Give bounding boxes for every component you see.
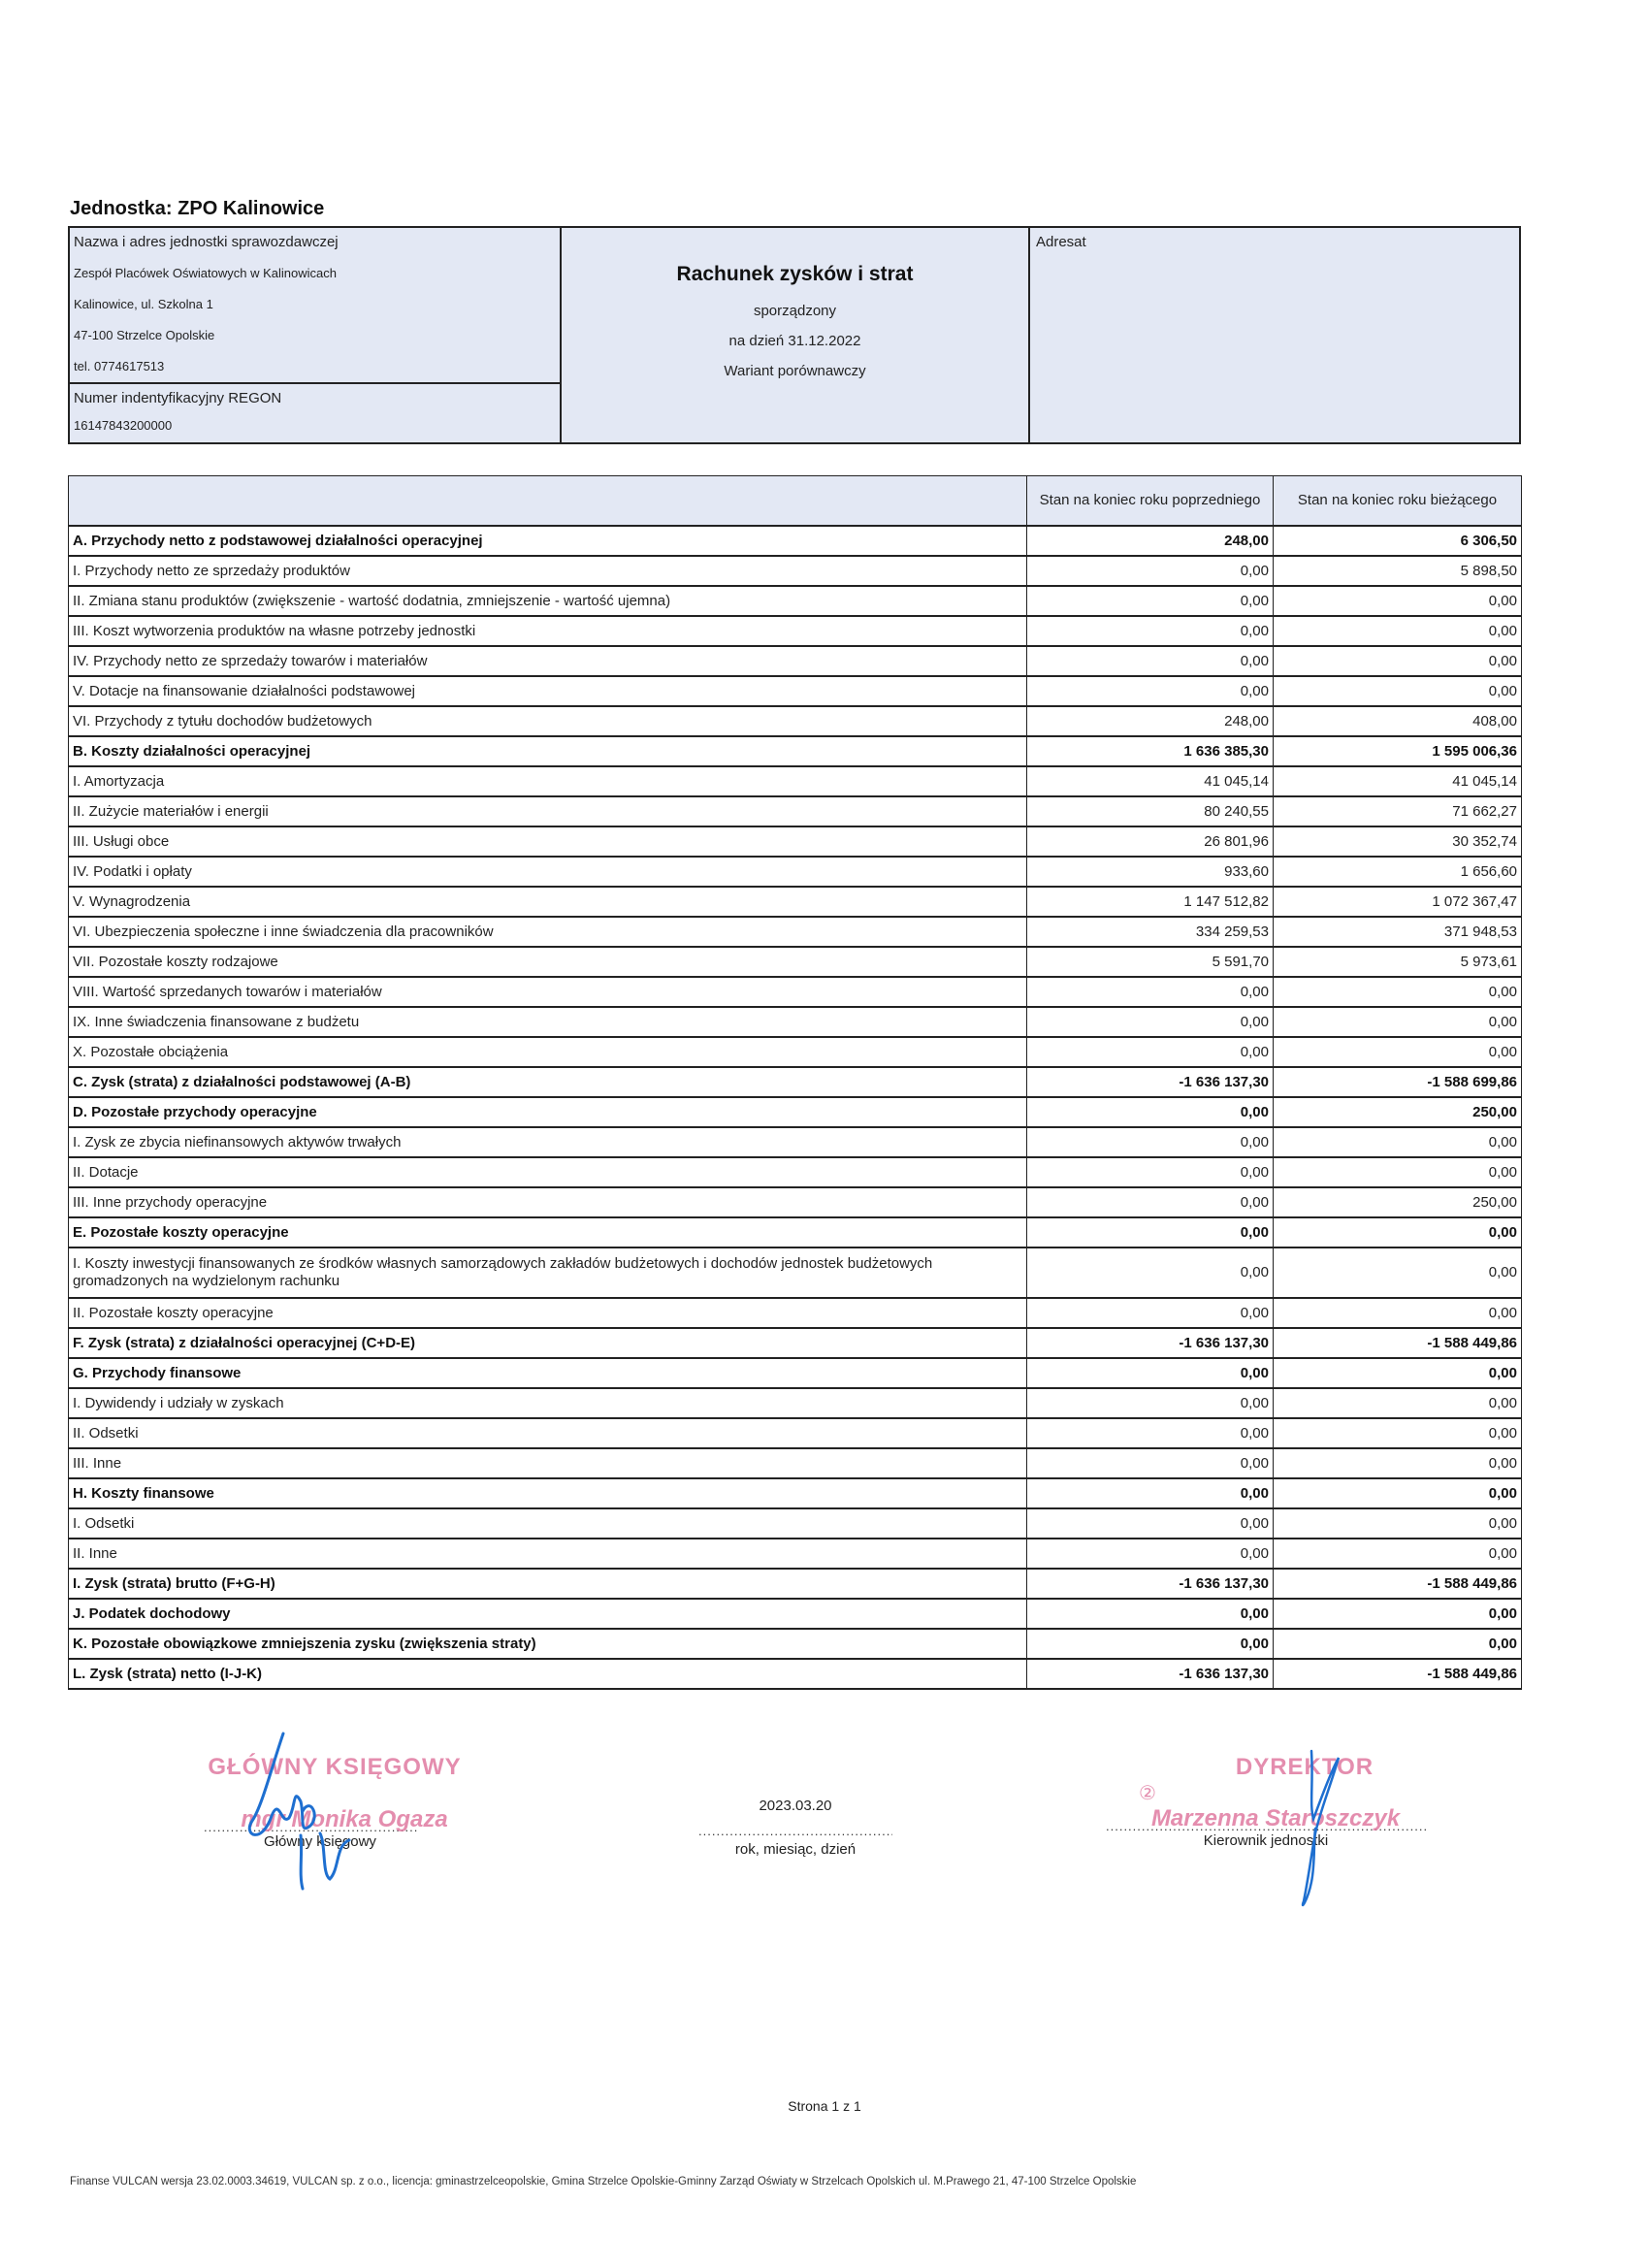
row-label: III. Koszt wytworzenia produktów na włas…	[69, 616, 1027, 646]
addressee-label: Adresat	[1036, 234, 1086, 250]
report-subtitle: sporządzony	[562, 296, 1028, 326]
prev-year-value: 0,00	[1027, 1157, 1274, 1187]
prev-year-column-header: Stan na koniec roku poprzedniego	[1027, 476, 1274, 527]
curr-year-value: 5 898,50	[1274, 556, 1522, 586]
entity-name-address: Nazwa i adres jednostki sprawozdawczej Z…	[70, 228, 560, 384]
curr-year-value: 0,00	[1274, 1247, 1522, 1298]
row-label: V. Dotacje na finansowanie działalności …	[69, 676, 1027, 706]
row-label: D. Pozostałe przychody operacyjne	[69, 1097, 1027, 1127]
director-signature-block: DYREKTOR ② Marzenna Staroszczyk ........…	[1106, 1754, 1436, 1849]
row-label: X. Pozostałe obciążenia	[69, 1037, 1027, 1067]
table-row: E. Pozostałe koszty operacyjne0,000,00	[69, 1217, 1522, 1247]
report-title-block: Rachunek zysków i strat sporządzony na d…	[562, 228, 1030, 442]
table-row: I. Zysk ze zbycia niefinansowych aktywów…	[69, 1127, 1522, 1157]
prev-year-value: 248,00	[1027, 706, 1274, 736]
prev-year-value: 80 240,55	[1027, 796, 1274, 826]
row-label: F. Zysk (strata) z działalności operacyj…	[69, 1328, 1027, 1358]
prev-year-value: 0,00	[1027, 1418, 1274, 1448]
row-label: III. Inne	[69, 1448, 1027, 1478]
prev-year-value: 0,00	[1027, 1539, 1274, 1569]
curr-year-value: 0,00	[1274, 1448, 1522, 1478]
curr-year-value: -1 588 449,86	[1274, 1328, 1522, 1358]
prev-year-value: 0,00	[1027, 1478, 1274, 1508]
row-label: VI. Przychody z tytułu dochodów budżetow…	[69, 706, 1027, 736]
prev-year-value: 5 591,70	[1027, 947, 1274, 977]
prev-year-value: 248,00	[1027, 526, 1274, 556]
prev-year-value: 0,00	[1027, 1629, 1274, 1659]
prev-year-value: 1 147 512,82	[1027, 887, 1274, 917]
prev-year-value: 0,00	[1027, 1127, 1274, 1157]
curr-year-value: 371 948,53	[1274, 917, 1522, 947]
prev-year-value: 0,00	[1027, 1097, 1274, 1127]
entity-city: 47-100 Strzelce Opolskie	[74, 320, 556, 351]
row-label: J. Podatek dochodowy	[69, 1599, 1027, 1629]
curr-year-value: 0,00	[1274, 1358, 1522, 1388]
table-row: X. Pozostałe obciążenia0,000,00	[69, 1037, 1522, 1067]
row-label: IV. Podatki i opłaty	[69, 857, 1027, 887]
prev-year-value: 0,00	[1027, 676, 1274, 706]
curr-year-value: 0,00	[1274, 616, 1522, 646]
row-label: B. Koszty działalności operacyjnej	[69, 736, 1027, 766]
row-label: IX. Inne świadczenia finansowane z budże…	[69, 1007, 1027, 1037]
table-row: IX. Inne świadczenia finansowane z budże…	[69, 1007, 1522, 1037]
table-row: II. Dotacje0,000,00	[69, 1157, 1522, 1187]
table-row: II. Pozostałe koszty operacyjne0,000,00	[69, 1298, 1522, 1328]
table-row: I. Odsetki0,000,00	[69, 1508, 1522, 1539]
report-header: Nazwa i adres jednostki sprawozdawczej Z…	[68, 226, 1521, 444]
director-signature-scribble	[1290, 1746, 1348, 1911]
curr-year-value: 250,00	[1274, 1187, 1522, 1217]
table-row: K. Pozostałe obowiązkowe zmniejszenia zy…	[69, 1629, 1522, 1659]
curr-year-value: 250,00	[1274, 1097, 1522, 1127]
prev-year-value: 0,00	[1027, 586, 1274, 616]
table-row: G. Przychody finansowe0,000,00	[69, 1358, 1522, 1388]
prev-year-value: 0,00	[1027, 1007, 1274, 1037]
table-row: IV. Przychody netto ze sprzedaży towarów…	[69, 646, 1522, 676]
curr-year-value: 0,00	[1274, 1388, 1522, 1418]
description-column-header	[69, 476, 1027, 527]
prev-year-value: 0,00	[1027, 1599, 1274, 1629]
row-label: E. Pozostałe koszty operacyjne	[69, 1217, 1027, 1247]
curr-year-value: 408,00	[1274, 706, 1522, 736]
prev-year-value: 26 801,96	[1027, 826, 1274, 857]
prev-year-value: 0,00	[1027, 1388, 1274, 1418]
addressee-section: Adresat	[1030, 228, 1519, 442]
profit-loss-table: Stan na koniec roku poprzedniego Stan na…	[68, 475, 1522, 1690]
curr-year-value: 5 973,61	[1274, 947, 1522, 977]
curr-year-value: 0,00	[1274, 1599, 1522, 1629]
curr-year-value: 71 662,27	[1274, 796, 1522, 826]
row-label: VIII. Wartość sprzedanych towarów i mate…	[69, 977, 1027, 1007]
entity-name-label: Nazwa i adres jednostki sprawozdawczej	[74, 232, 556, 258]
row-label: V. Wynagrodzenia	[69, 887, 1027, 917]
prev-year-value: 0,00	[1027, 1217, 1274, 1247]
curr-year-value: -1 588 449,86	[1274, 1659, 1522, 1689]
table-row: J. Podatek dochodowy0,000,00	[69, 1599, 1522, 1629]
regon-label: Numer indentyfikacyjny REGON	[74, 388, 556, 414]
row-label: II. Dotacje	[69, 1157, 1027, 1187]
table-row: I. Dywidendy i udziały w zyskach0,000,00	[69, 1388, 1522, 1418]
prev-year-value: 0,00	[1027, 1247, 1274, 1298]
table-row: I. Przychody netto ze sprzedaży produktó…	[69, 556, 1522, 586]
curr-year-value: 30 352,74	[1274, 826, 1522, 857]
report-date: na dzień 31.12.2022	[562, 326, 1028, 356]
row-label: I. Przychody netto ze sprzedaży produktó…	[69, 556, 1027, 586]
row-label: II. Zużycie materiałów i energii	[69, 796, 1027, 826]
curr-year-value: 0,00	[1274, 586, 1522, 616]
row-label: I. Koszty inwestycji finansowanych ze śr…	[69, 1247, 1027, 1298]
row-label: II. Odsetki	[69, 1418, 1027, 1448]
row-label: I. Amortyzacja	[69, 766, 1027, 796]
prev-year-value: 0,00	[1027, 616, 1274, 646]
table-row: II. Zużycie materiałów i energii80 240,5…	[69, 796, 1522, 826]
table-row: B. Koszty działalności operacyjnej1 636 …	[69, 736, 1522, 766]
table-row: III. Koszt wytworzenia produktów na włas…	[69, 616, 1522, 646]
row-label: II. Inne	[69, 1539, 1027, 1569]
prev-year-value: 0,00	[1027, 1358, 1274, 1388]
entity-street: Kalinowice, ul. Szkolna 1	[74, 289, 556, 320]
curr-year-value: 0,00	[1274, 1157, 1522, 1187]
director-stamp-name: Marzenna Staroszczyk	[1115, 1805, 1436, 1832]
row-label: III. Usługi obce	[69, 826, 1027, 857]
curr-year-value: 0,00	[1274, 1037, 1522, 1067]
curr-year-value: 1 656,60	[1274, 857, 1522, 887]
table-row: VII. Pozostałe koszty rodzajowe5 591,705…	[69, 947, 1522, 977]
table-row: A. Przychody netto z podstawowej działal…	[69, 526, 1522, 556]
row-label: K. Pozostałe obowiązkowe zmniejszenia zy…	[69, 1629, 1027, 1659]
prev-year-value: -1 636 137,30	[1027, 1328, 1274, 1358]
curr-year-value: 0,00	[1274, 1298, 1522, 1328]
table-row: III. Inne0,000,00	[69, 1448, 1522, 1478]
curr-year-value: 0,00	[1274, 1629, 1522, 1659]
table-row: F. Zysk (strata) z działalności operacyj…	[69, 1328, 1522, 1358]
table-row: VIII. Wartość sprzedanych towarów i mate…	[69, 977, 1522, 1007]
row-label: I. Odsetki	[69, 1508, 1027, 1539]
date-line: ........................................…	[698, 1826, 892, 1837]
table-row: III. Inne przychody operacyjne0,00250,00	[69, 1187, 1522, 1217]
curr-year-value: -1 588 699,86	[1274, 1067, 1522, 1097]
prev-year-value: 0,00	[1027, 1037, 1274, 1067]
row-label: C. Zysk (strata) z działalności podstawo…	[69, 1067, 1027, 1097]
accountant-signature-scribble	[242, 1729, 359, 1894]
regon-section: Numer indentyfikacyjny REGON 16147843200…	[70, 384, 560, 442]
curr-year-value: 1 595 006,36	[1274, 736, 1522, 766]
table-row: D. Pozostałe przychody operacyjne0,00250…	[69, 1097, 1522, 1127]
curr-year-value: 0,00	[1274, 1539, 1522, 1569]
director-stamp-mark: ②	[1139, 1781, 1436, 1805]
prev-year-value: 0,00	[1027, 1187, 1274, 1217]
row-label: III. Inne przychody operacyjne	[69, 1187, 1027, 1217]
table-row: V. Dotacje na finansowanie działalności …	[69, 676, 1522, 706]
table-row: VI. Ubezpieczenia społeczne i inne świad…	[69, 917, 1522, 947]
curr-year-value: 0,00	[1274, 1127, 1522, 1157]
curr-year-value: -1 588 449,86	[1274, 1569, 1522, 1599]
prev-year-value: -1 636 137,30	[1027, 1569, 1274, 1599]
page-number: Strona 1 z 1	[0, 2098, 1649, 2114]
table-row: IV. Podatki i opłaty933,601 656,60	[69, 857, 1522, 887]
date-caption: rok, miesiąc, dzień	[698, 1841, 892, 1858]
table-row: I. Amortyzacja41 045,1441 045,14	[69, 766, 1522, 796]
row-label: A. Przychody netto z podstawowej działal…	[69, 526, 1027, 556]
date-block: 2023.03.20 .............................…	[698, 1798, 892, 1858]
row-label: II. Pozostałe koszty operacyjne	[69, 1298, 1027, 1328]
prev-year-value: 0,00	[1027, 1508, 1274, 1539]
director-caption: Kierownik jednostki	[1096, 1832, 1436, 1849]
curr-year-value: 0,00	[1274, 1418, 1522, 1448]
row-label: I. Zysk ze zbycia niefinansowych aktywów…	[69, 1127, 1027, 1157]
prev-year-value: 0,00	[1027, 1298, 1274, 1328]
row-label: VI. Ubezpieczenia społeczne i inne świad…	[69, 917, 1027, 947]
row-label: G. Przychody finansowe	[69, 1358, 1027, 1388]
row-label: I. Zysk (strata) brutto (F+G-H)	[69, 1569, 1027, 1599]
signature-date: 2023.03.20	[698, 1798, 892, 1814]
table-row: L. Zysk (strata) netto (I-J-K)-1 636 137…	[69, 1659, 1522, 1689]
software-footer: Finanse VULCAN wersja 23.02.0003.34619, …	[70, 2176, 1136, 2187]
table-row: VI. Przychody z tytułu dochodów budżetow…	[69, 706, 1522, 736]
report-variant: Wariant porównawczy	[562, 356, 1028, 386]
curr-year-value: 0,00	[1274, 977, 1522, 1007]
curr-year-value: 0,00	[1274, 1478, 1522, 1508]
curr-year-value: 41 045,14	[1274, 766, 1522, 796]
table-row: II. Inne0,000,00	[69, 1539, 1522, 1569]
curr-year-column-header: Stan na koniec roku bieżącego	[1274, 476, 1522, 527]
regon-value: 16147843200000	[74, 414, 556, 437]
row-label: IV. Przychody netto ze sprzedaży towarów…	[69, 646, 1027, 676]
row-label: II. Zmiana stanu produktów (zwiększenie …	[69, 586, 1027, 616]
curr-year-value: 0,00	[1274, 646, 1522, 676]
prev-year-value: 334 259,53	[1027, 917, 1274, 947]
entity-name: Zespół Placówek Oświatowych w Kalinowica…	[74, 258, 556, 289]
prev-year-value: 0,00	[1027, 646, 1274, 676]
row-label: L. Zysk (strata) netto (I-J-K)	[69, 1659, 1027, 1689]
curr-year-value: 6 306,50	[1274, 526, 1522, 556]
prev-year-value: 0,00	[1027, 977, 1274, 1007]
prev-year-value: -1 636 137,30	[1027, 1659, 1274, 1689]
curr-year-value: 0,00	[1274, 676, 1522, 706]
table-row: I. Koszty inwestycji finansowanych ze śr…	[69, 1247, 1522, 1298]
table-row: II. Zmiana stanu produktów (zwiększenie …	[69, 586, 1522, 616]
table-row: V. Wynagrodzenia1 147 512,821 072 367,47	[69, 887, 1522, 917]
prev-year-value: 1 636 385,30	[1027, 736, 1274, 766]
entity-info: Nazwa i adres jednostki sprawozdawczej Z…	[70, 228, 562, 442]
curr-year-value: 1 072 367,47	[1274, 887, 1522, 917]
row-label: I. Dywidendy i udziały w zyskach	[69, 1388, 1027, 1418]
row-label: H. Koszty finansowe	[69, 1478, 1027, 1508]
prev-year-value: 0,00	[1027, 1448, 1274, 1478]
table-row: II. Odsetki0,000,00	[69, 1418, 1522, 1448]
entity-phone: tel. 0774617513	[74, 351, 556, 382]
table-row: C. Zysk (strata) z działalności podstawo…	[69, 1067, 1522, 1097]
table-row: I. Zysk (strata) brutto (F+G-H)-1 636 13…	[69, 1569, 1522, 1599]
table-body: A. Przychody netto z podstawowej działal…	[69, 526, 1522, 1689]
prev-year-value: 41 045,14	[1027, 766, 1274, 796]
report-title: Rachunek zysków i strat	[562, 263, 1028, 286]
curr-year-value: 0,00	[1274, 1508, 1522, 1539]
prev-year-value: 933,60	[1027, 857, 1274, 887]
curr-year-value: 0,00	[1274, 1007, 1522, 1037]
table-header-row: Stan na koniec roku poprzedniego Stan na…	[69, 476, 1522, 527]
table-row: H. Koszty finansowe0,000,00	[69, 1478, 1522, 1508]
prev-year-value: -1 636 137,30	[1027, 1067, 1274, 1097]
prev-year-value: 0,00	[1027, 556, 1274, 586]
unit-title: Jednostka: ZPO Kalinowice	[70, 198, 324, 220]
row-label: VII. Pozostałe koszty rodzajowe	[69, 947, 1027, 977]
curr-year-value: 0,00	[1274, 1217, 1522, 1247]
table-row: III. Usługi obce26 801,9630 352,74	[69, 826, 1522, 857]
